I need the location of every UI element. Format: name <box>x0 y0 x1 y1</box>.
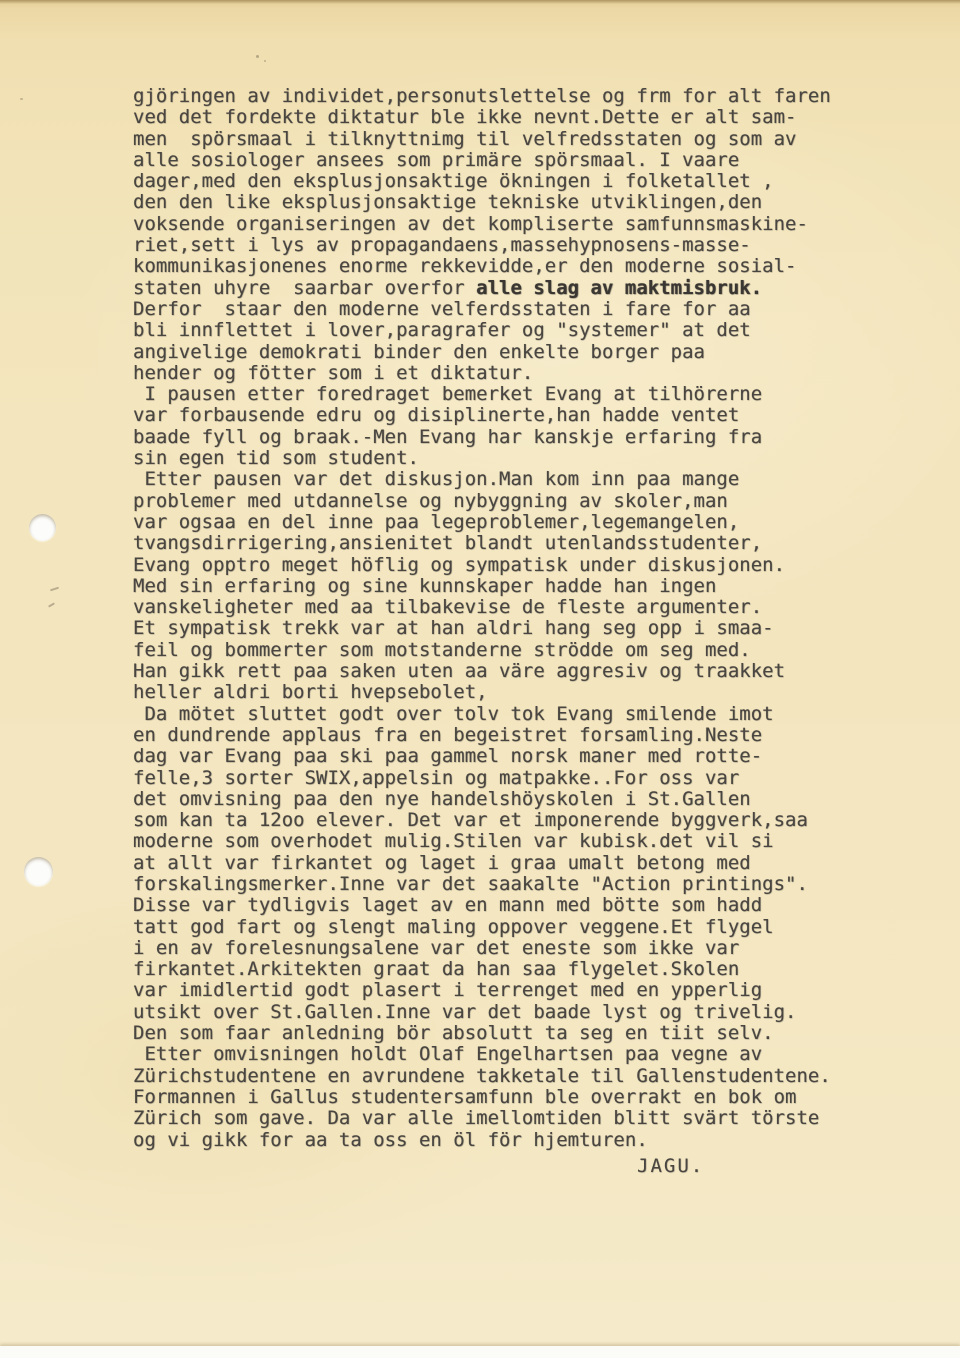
text-line: en dundrende applaus fra en begeistret f… <box>133 725 873 746</box>
text-line: riet,sett i lys av propagandaens,massehy… <box>133 235 873 256</box>
text-line: Et sympatisk trekk var at han aldri hang… <box>133 618 873 639</box>
text-line: Zürich som gave. Da var alle imellomtide… <box>133 1108 873 1129</box>
paper-speck <box>20 98 23 100</box>
text-line: Han gikk rett paa saken uten aa väre agg… <box>133 661 873 682</box>
text-line: dag var Evang paa ski paa gammel norsk m… <box>133 746 873 767</box>
text-line: Den som faar anledning bör absolutt ta s… <box>133 1023 873 1044</box>
text-line: Formannen i Gallus studentersamfunn ble … <box>133 1087 873 1108</box>
text-line: voksende organiseringen av det kompliser… <box>133 214 873 235</box>
text-line: staten uhyre saarbar overfor alle slag a… <box>133 278 873 299</box>
paper-speck <box>264 60 266 62</box>
text-line: tvangsdirrigering,ansienitet blandt uten… <box>133 533 873 554</box>
pencil-mark <box>48 602 55 607</box>
paper-top-edge <box>0 0 960 4</box>
text-line: firkantet.Arkitekten graat da han saa fl… <box>133 959 873 980</box>
text-line: Disse var tydligvis laget av en mann med… <box>133 895 873 916</box>
paper-sheet: gjöringen av individet,personutslettelse… <box>0 0 960 1346</box>
text-line: alle sosiologer ansees som primäre spörs… <box>133 150 873 171</box>
text-line: baade fyll og braak.-Men Evang har kansk… <box>133 427 873 448</box>
text-line: Zürichstudentene en avrundene takketale … <box>133 1066 873 1087</box>
text-line: forskalingsmerker.Inne var det saakalte … <box>133 874 873 895</box>
text-line: var imidlertid godt plasert i terrenget … <box>133 980 873 1001</box>
text-line: Evang opptro meget höflig og sympatisk u… <box>133 555 873 576</box>
punch-hole-bottom <box>24 857 53 886</box>
scan-bottom-edge <box>0 1346 960 1358</box>
paper-speck <box>256 55 259 58</box>
text-line: felle,3 sorter SWIX,appelsin og matpakke… <box>133 768 873 789</box>
text-line: I pausen etter foredraget bemerket Evang… <box>133 384 873 405</box>
signature-initials: JAGU. <box>637 1156 704 1177</box>
text-line: var ogsaa en del inne paa legeproblemer,… <box>133 512 873 533</box>
text-line: Med sin erfaring og sine kunnskaper hadd… <box>133 576 873 597</box>
text-line: Da mötet sluttet godt over tolv tok Evan… <box>133 704 873 725</box>
punch-hole-top <box>29 514 56 541</box>
text-line: og vi gikk for aa ta oss en öl för hjemt… <box>133 1130 873 1151</box>
text-line: vanskeligheter med aa tilbakevise de fle… <box>133 597 873 618</box>
text-line: angivelige demokrati binder den enkelte … <box>133 342 873 363</box>
text-line: det omvisning paa den nye handelshöyskol… <box>133 789 873 810</box>
text-line: ved det fordekte diktatur ble ikke nevnt… <box>133 107 873 128</box>
text-line: tatt god fart og slengt maling oppover v… <box>133 917 873 938</box>
text-line: moderne som overhodet mulig.Stilen var k… <box>133 831 873 852</box>
pencil-mark <box>50 587 59 592</box>
text-line: den den like eksplusjonsaktige tekniske … <box>133 192 873 213</box>
typed-text-block: gjöringen av individet,personutslettelse… <box>133 86 873 1151</box>
text-line: bli innflettet i lover,paragrafer og "sy… <box>133 320 873 341</box>
text-line: Etter omvisningen holdt Olaf Engelhartse… <box>133 1044 873 1065</box>
text-line: problemer med utdannelse og nybyggning a… <box>133 491 873 512</box>
text-line: utsikt over St.Gallen.Inne var det baade… <box>133 1002 873 1023</box>
text-line: gjöringen av individet,personutslettelse… <box>133 86 873 107</box>
text-line: feil og bommerter som motstanderne ströd… <box>133 640 873 661</box>
text-line: Derfor staar den moderne velferdsstaten … <box>133 299 873 320</box>
text-line: i en av forelesnungsalene var det eneste… <box>133 938 873 959</box>
text-line: som kan ta 12oo elever. Det var et impon… <box>133 810 873 831</box>
text-line: kommunikasjonenes enorme rekkevidde,er d… <box>133 256 873 277</box>
scanned-page: gjöringen av individet,personutslettelse… <box>0 0 960 1358</box>
text-line: dager,med den eksplusjonsaktige ökningen… <box>133 171 873 192</box>
text-line: sin egen tid som student. <box>133 448 873 469</box>
text-line: men spörsmaal i tilknyttnimg til velfred… <box>133 129 873 150</box>
text-line: hender og fötter som i et diktatur. <box>133 363 873 384</box>
text-line: heller aldri borti hvepsebolet, <box>133 682 873 703</box>
text-line: at allt var firkantet og laget i graa um… <box>133 853 873 874</box>
text-line: var forbausende edru og disiplinerte,han… <box>133 405 873 426</box>
text-line: Etter pausen var det diskusjon.Man kom i… <box>133 469 873 490</box>
